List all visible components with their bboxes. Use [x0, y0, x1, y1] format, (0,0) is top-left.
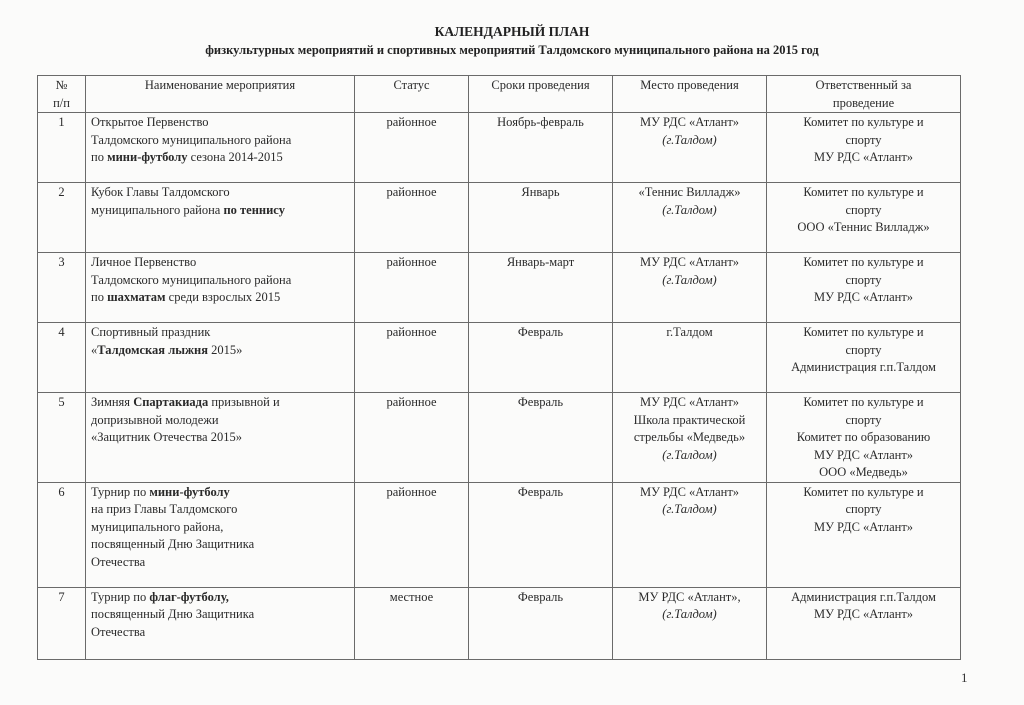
- cell-event-name: Зимняя Спартакиада призывной идопризывно…: [86, 393, 355, 483]
- event-name-line: Талдомского муниципального района: [91, 272, 349, 290]
- place-line: Школа практической: [618, 412, 761, 430]
- text-run: посвященный Дню Защитника: [91, 607, 254, 621]
- place-line: МУ РДС «Атлант»,: [618, 589, 761, 607]
- cell-num: 6: [38, 482, 86, 587]
- text-run: Талдомского муниципального района: [91, 133, 291, 147]
- header-place: Место проведения: [613, 76, 767, 113]
- event-name-line: по шахматам среди взрослых 2015: [91, 289, 349, 307]
- text-run: муниципального района: [91, 203, 223, 217]
- cell-dates: Февраль: [469, 482, 613, 587]
- responsible-line: Администрация г.п.Талдом: [772, 589, 955, 607]
- event-name-line: Отечества: [91, 624, 349, 642]
- cell-dates: Январь-март: [469, 253, 613, 323]
- text-run: по: [91, 150, 107, 164]
- responsible-line: Администрация г.п.Талдом: [772, 359, 955, 377]
- document-subtitle: физкультурных мероприятий и спортивных м…: [0, 43, 1024, 58]
- header-name: Наименование мероприятия: [86, 76, 355, 113]
- event-name-line: Талдомского муниципального района: [91, 132, 349, 150]
- table-row: 5Зимняя Спартакиада призывной идопризывн…: [38, 393, 961, 483]
- event-name-line: Открытое Первенство: [91, 114, 349, 132]
- emphasis-text: шахматам: [107, 290, 165, 304]
- cell-num: 1: [38, 113, 86, 183]
- responsible-line: МУ РДС «Атлант»: [772, 606, 955, 624]
- text-run: Спортивный праздник: [91, 325, 210, 339]
- text-run: Кубок Главы Талдомского: [91, 185, 230, 199]
- event-name-line: Кубок Главы Талдомского: [91, 184, 349, 202]
- responsible-line: спорту: [772, 272, 955, 290]
- table-row: 2Кубок Главы Талдомскогомуниципального р…: [38, 183, 961, 253]
- responsible-line: ООО «Теннис Вилладж»: [772, 219, 955, 237]
- cell-event-name: Открытое ПервенствоТалдомского муниципал…: [86, 113, 355, 183]
- place-line: МУ РДС «Атлант»: [618, 114, 761, 132]
- cell-status: районное: [355, 482, 469, 587]
- text-run: 2015»: [208, 343, 242, 357]
- place-line: МУ РДС «Атлант»: [618, 254, 761, 272]
- emphasis-text: флаг-футболу,: [149, 590, 228, 604]
- header-responsible: Ответственный за проведение: [767, 76, 961, 113]
- table-header-row: № п/п Наименование мероприятия Статус Ср…: [38, 76, 961, 113]
- text-run: по: [91, 290, 107, 304]
- text-run: допризывной молодежи: [91, 413, 219, 427]
- cell-status: местное: [355, 587, 469, 659]
- responsible-line: Комитет по культуре и: [772, 184, 955, 202]
- event-name-line: на приз Главы Талдомского: [91, 501, 349, 519]
- cell-dates: Февраль: [469, 323, 613, 393]
- responsible-line: спорту: [772, 342, 955, 360]
- cell-event-name: Кубок Главы Талдомскогомуниципального ра…: [86, 183, 355, 253]
- cell-place: «Теннис Вилладж»(г.Талдом): [613, 183, 767, 253]
- cell-event-name: Турнир по мини-футболуна приз Главы Талд…: [86, 482, 355, 587]
- cell-num: 7: [38, 587, 86, 659]
- table-row: 4Спортивный праздник«Талдомская лыжня 20…: [38, 323, 961, 393]
- cell-num: 5: [38, 393, 86, 483]
- cell-dates: Январь: [469, 183, 613, 253]
- cell-dates: Февраль: [469, 393, 613, 483]
- emphasis-text: по теннису: [223, 203, 285, 217]
- cell-num: 2: [38, 183, 86, 253]
- responsible-line: спорту: [772, 412, 955, 430]
- place-line: МУ РДС «Атлант»: [618, 394, 761, 412]
- text-run: среди взрослых 2015: [166, 290, 281, 304]
- place-line: (г.Талдом): [618, 272, 761, 290]
- event-name-line: Спортивный праздник: [91, 324, 349, 342]
- place-line: стрельбы «Медведь»: [618, 429, 761, 447]
- responsible-line: Комитет по культуре и: [772, 324, 955, 342]
- responsible-line: Комитет по культуре и: [772, 254, 955, 272]
- emphasis-text: Спартакиада: [133, 395, 208, 409]
- text-run: Отечества: [91, 555, 145, 569]
- cell-responsible: Администрация г.п.ТалдомМУ РДС «Атлант»: [767, 587, 961, 659]
- event-name-line: Отечества: [91, 554, 349, 572]
- place-line: г.Талдом: [618, 324, 761, 342]
- text-run: на приз Главы Талдомского: [91, 502, 237, 516]
- responsible-line: Комитет по культуре и: [772, 484, 955, 502]
- event-name-line: допризывной молодежи: [91, 412, 349, 430]
- cell-num: 4: [38, 323, 86, 393]
- document-title: КАЛЕНДАРНЫЙ ПЛАН: [0, 24, 1024, 40]
- cell-event-name: Личное ПервенствоТалдомского муниципальн…: [86, 253, 355, 323]
- header-status: Статус: [355, 76, 469, 113]
- event-name-line: Турнир по мини-футболу: [91, 484, 349, 502]
- event-name-line: муниципального района,: [91, 519, 349, 537]
- cell-responsible: Комитет по культуре испортуМУ РДС «Атлан…: [767, 253, 961, 323]
- cell-responsible: Комитет по культуре испортуАдминистрация…: [767, 323, 961, 393]
- text-run: «Защитник Отечества 2015»: [91, 430, 242, 444]
- table-row: 7Турнир по флаг-футболу,посвященный Дню …: [38, 587, 961, 659]
- responsible-line: ООО «Медведь»: [772, 464, 955, 482]
- text-run: Открытое Первенство: [91, 115, 209, 129]
- place-line: (г.Талдом): [618, 501, 761, 519]
- responsible-line: Комитет по образованию: [772, 429, 955, 447]
- text-run: Зимняя: [91, 395, 133, 409]
- cell-status: районное: [355, 323, 469, 393]
- event-name-line: посвященный Дню Защитника: [91, 606, 349, 624]
- event-name-line: «Защитник Отечества 2015»: [91, 429, 349, 447]
- header-num: № п/п: [38, 76, 86, 113]
- responsible-line: МУ РДС «Атлант»: [772, 447, 955, 465]
- event-name-line: Личное Первенство: [91, 254, 349, 272]
- text-run: Талдомского муниципального района: [91, 273, 291, 287]
- cell-responsible: Комитет по культуре испортуООО «Теннис В…: [767, 183, 961, 253]
- event-name-line: Зимняя Спартакиада призывной и: [91, 394, 349, 412]
- text-run: посвященный Дню Защитника: [91, 537, 254, 551]
- text-run: Отечества: [91, 625, 145, 639]
- cell-status: районное: [355, 113, 469, 183]
- cell-place: МУ РДС «Атлант»(г.Талдом): [613, 253, 767, 323]
- place-line: «Теннис Вилладж»: [618, 184, 761, 202]
- text-run: Личное Первенство: [91, 255, 196, 269]
- emphasis-text: Талдомская лыжня: [97, 343, 208, 357]
- responsible-line: МУ РДС «Атлант»: [772, 289, 955, 307]
- responsible-line: спорту: [772, 501, 955, 519]
- cell-place: МУ РДС «Атлант»(г.Талдом): [613, 113, 767, 183]
- responsible-line: МУ РДС «Атлант»: [772, 149, 955, 167]
- place-line: (г.Талдом): [618, 606, 761, 624]
- cell-num: 3: [38, 253, 86, 323]
- cell-place: МУ РДС «Атлант»Школа практическойстрельб…: [613, 393, 767, 483]
- text-run: муниципального района,: [91, 520, 223, 534]
- text-run: призывной и: [208, 395, 279, 409]
- cell-status: районное: [355, 253, 469, 323]
- responsible-line: спорту: [772, 202, 955, 220]
- table-row: 6Турнир по мини-футболуна приз Главы Тал…: [38, 482, 961, 587]
- text-run: Турнир по: [91, 590, 149, 604]
- place-line: (г.Талдом): [618, 202, 761, 220]
- place-line: МУ РДС «Атлант»: [618, 484, 761, 502]
- cell-responsible: Комитет по культуре испортуКомитет по об…: [767, 393, 961, 483]
- event-name-line: по мини-футболу сезона 2014-2015: [91, 149, 349, 167]
- cell-place: МУ РДС «Атлант»(г.Талдом): [613, 482, 767, 587]
- cell-dates: Февраль: [469, 587, 613, 659]
- emphasis-text: мини-футболу: [149, 485, 229, 499]
- page-number: 1: [961, 670, 968, 686]
- header-dates: Сроки проведения: [469, 76, 613, 113]
- table-row: 3Личное ПервенствоТалдомского муниципаль…: [38, 253, 961, 323]
- cell-status: районное: [355, 393, 469, 483]
- responsible-line: Комитет по культуре и: [772, 394, 955, 412]
- cell-event-name: Турнир по флаг-футболу,посвященный Дню З…: [86, 587, 355, 659]
- cell-status: районное: [355, 183, 469, 253]
- calendar-plan-table: № п/п Наименование мероприятия Статус Ср…: [37, 75, 961, 660]
- responsible-line: Комитет по культуре и: [772, 114, 955, 132]
- event-name-line: «Талдомская лыжня 2015»: [91, 342, 349, 360]
- emphasis-text: мини-футболу: [107, 150, 187, 164]
- cell-responsible: Комитет по культуре испортуМУ РДС «Атлан…: [767, 113, 961, 183]
- place-line: (г.Талдом): [618, 447, 761, 465]
- responsible-line: спорту: [772, 132, 955, 150]
- table-row: 1Открытое ПервенствоТалдомского муниципа…: [38, 113, 961, 183]
- place-line: (г.Талдом): [618, 132, 761, 150]
- responsible-line: МУ РДС «Атлант»: [772, 519, 955, 537]
- text-run: Турнир по: [91, 485, 149, 499]
- event-name-line: муниципального района по теннису: [91, 202, 349, 220]
- cell-place: г.Талдом: [613, 323, 767, 393]
- cell-responsible: Комитет по культуре испортуМУ РДС «Атлан…: [767, 482, 961, 587]
- cell-place: МУ РДС «Атлант»,(г.Талдом): [613, 587, 767, 659]
- cell-dates: Ноябрь-февраль: [469, 113, 613, 183]
- event-name-line: Турнир по флаг-футболу,: [91, 589, 349, 607]
- text-run: сезона 2014-2015: [188, 150, 283, 164]
- cell-event-name: Спортивный праздник«Талдомская лыжня 201…: [86, 323, 355, 393]
- event-name-line: посвященный Дню Защитника: [91, 536, 349, 554]
